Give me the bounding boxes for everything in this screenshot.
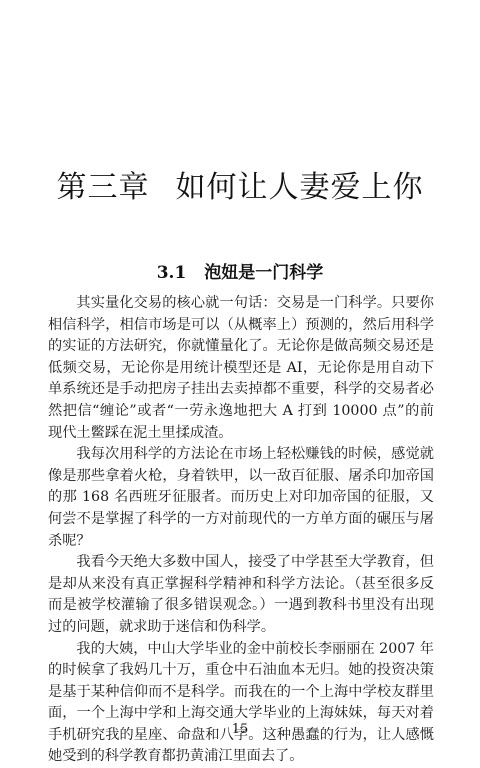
section-number: 3.1 xyxy=(157,263,187,283)
section-title: 3.1泡妞是一门科学 xyxy=(0,258,480,283)
chapter-title: 第三章如何让人妻爱上你 xyxy=(0,162,480,206)
paragraph: 我每次用科学的方法论在市场上轻松赚钱的时候，感觉就像是那些拿着火枪，身着铁甲，以… xyxy=(48,444,434,552)
page-number: 15 xyxy=(0,722,480,737)
paragraph: 我的大姨，中山大学毕业的金中前校长李丽丽在 2007 年的时候拿了我妈几十万，重… xyxy=(48,639,434,768)
body-text: 其实量化交易的核心就一句话：交易是一门科学。只要你相信科学，相信市场是可以（从概… xyxy=(48,293,434,768)
paragraph: 我看今天绝大多数中国人，接受了中学甚至大学教育，但是却从来没有真正掌握科学精神和… xyxy=(48,552,434,638)
section-name: 泡妞是一门科学 xyxy=(204,263,323,283)
chapter-label: 第三章 xyxy=(57,170,150,205)
chapter-name: 如何让人妻爱上你 xyxy=(176,170,424,205)
paragraph: 其实量化交易的核心就一句话：交易是一门科学。只要你相信科学，相信市场是可以（从概… xyxy=(48,293,434,444)
